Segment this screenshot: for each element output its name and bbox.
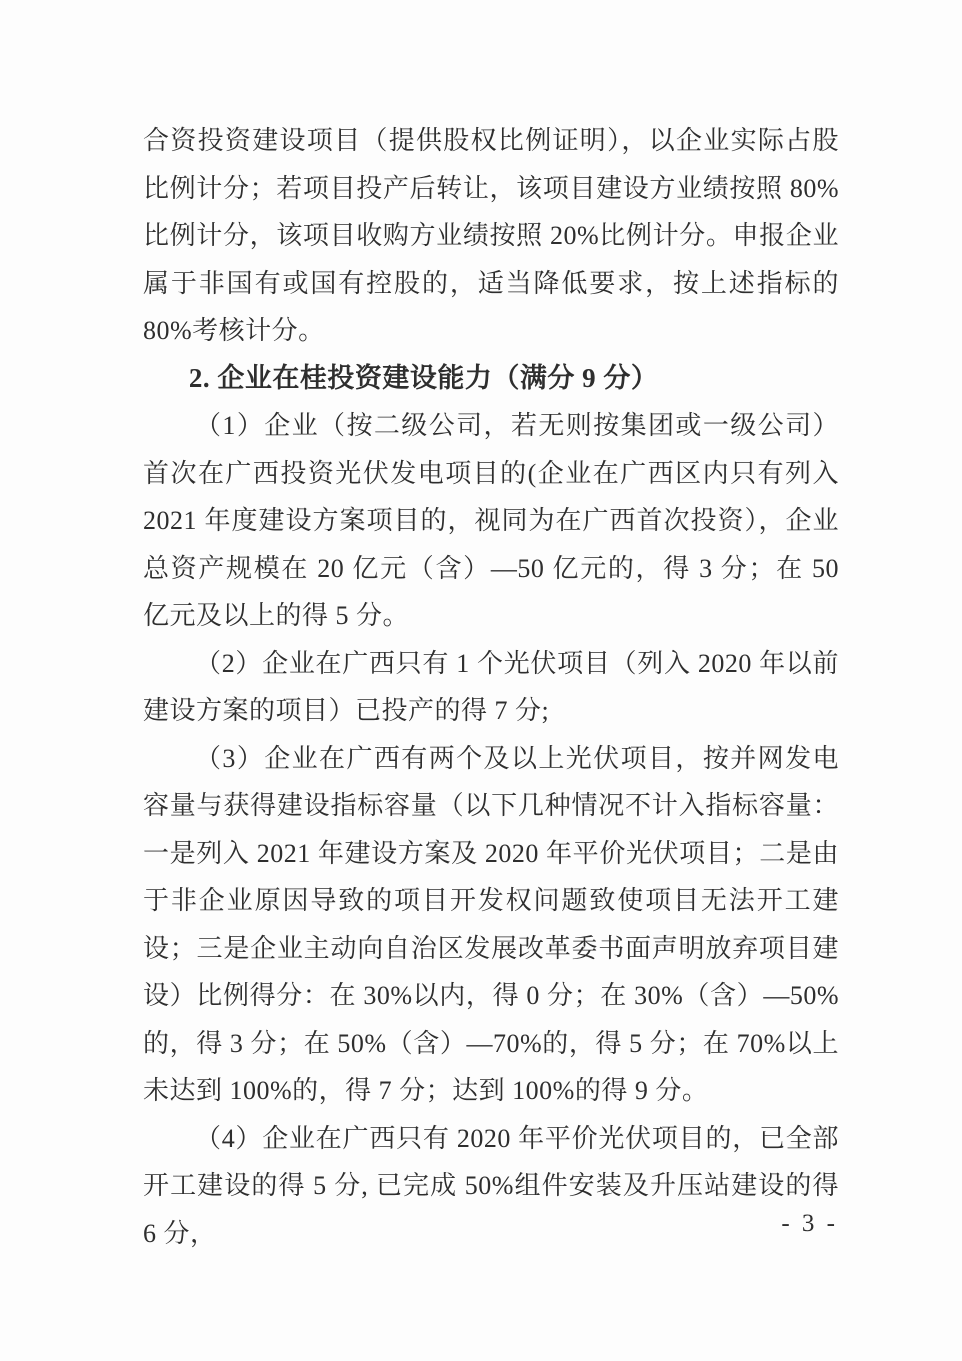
paragraph-item-1-first-investment: （1）企业（按二级公司，若无则按集团或一级公司）首次在广西投资光伏发电项目的(企… bbox=[143, 402, 839, 640]
document-body: 合资投资建设项目（提供股权比例证明），以企业实际占股比例计分；若项目投产后转让，… bbox=[143, 117, 839, 1257]
paragraph-performance-split-rule: 合资投资建设项目（提供股权比例证明），以企业实际占股比例计分；若项目投产后转让，… bbox=[143, 117, 839, 355]
document-page: 合资投资建设项目（提供股权比例证明），以企业实际占股比例计分；若项目投产后转让，… bbox=[0, 0, 962, 1361]
paragraph-item-2-single-project: （2）企业在广西只有 1 个光伏项目（列入 2020 年以前建设方案的项目）已投… bbox=[143, 640, 839, 735]
paragraph-item-4-parity-projects: （4）企业在广西只有 2020 年平价光伏项目的，已全部开工建设的得 5 分, … bbox=[143, 1115, 839, 1258]
section-heading-investment-capability: 2. 企业在桂投资建设能力（满分 9 分） bbox=[143, 355, 839, 403]
paragraph-item-3-multiple-projects: （3）企业在广西有两个及以上光伏项目，按并网发电容量与获得建设指标容量（以下几种… bbox=[143, 735, 839, 1115]
page-number: - 3 - bbox=[781, 1206, 838, 1242]
